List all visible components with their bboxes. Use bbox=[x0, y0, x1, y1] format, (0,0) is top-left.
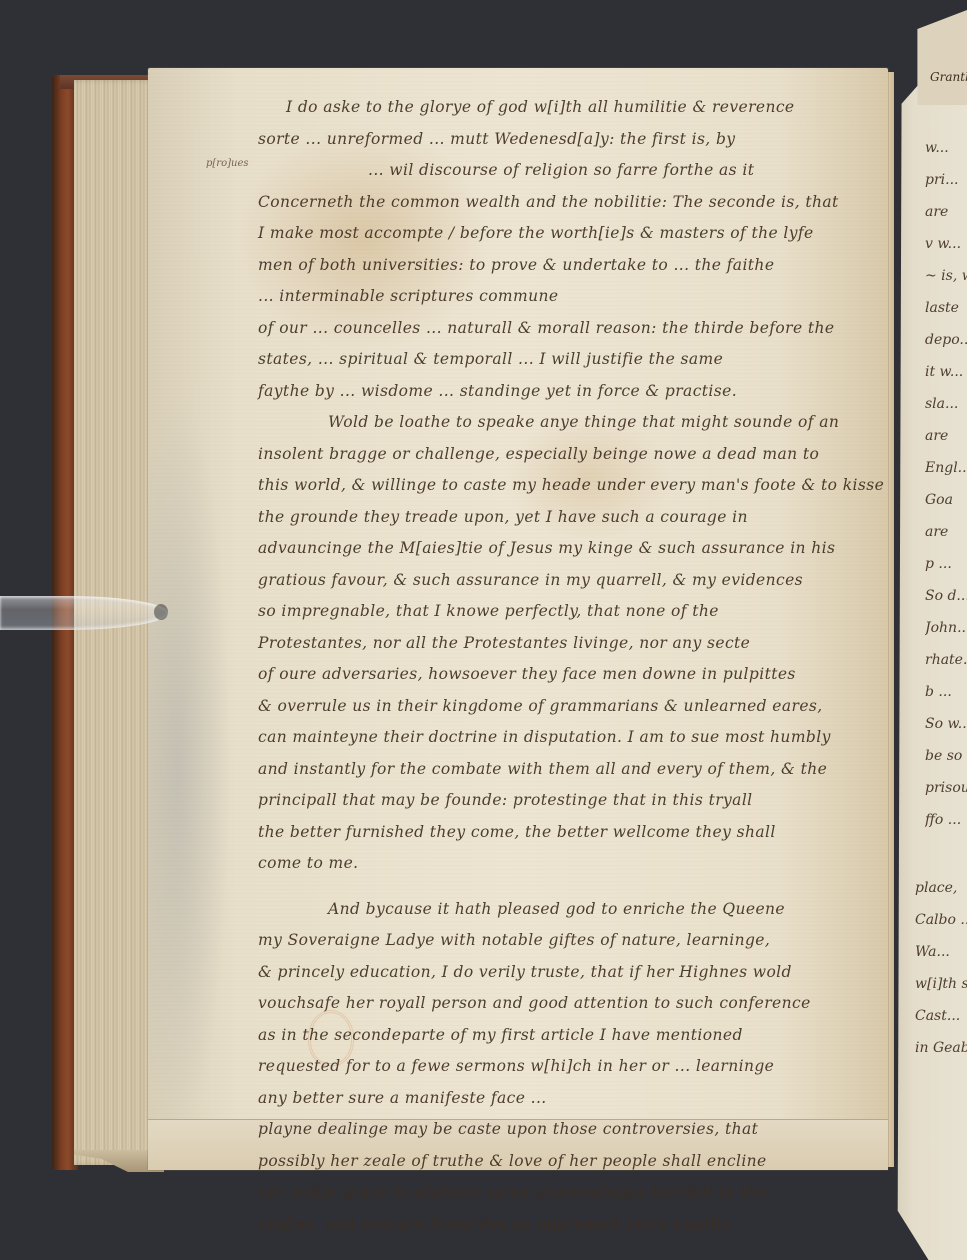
text-line: as in the secondeparte of my first artic… bbox=[258, 1026, 858, 1058]
text-fragment: Goa bbox=[925, 492, 967, 524]
text-fragment: depo... bbox=[925, 332, 967, 364]
text-fragment: So d... bbox=[925, 588, 967, 620]
manuscript-scene: p[ro]ues I do aske to the glorye of god … bbox=[0, 0, 967, 1260]
text-fragment: v w... bbox=[925, 236, 967, 268]
text-line: possibly her zeale of truthe & love of h… bbox=[258, 1152, 858, 1184]
facing-page-text-lower: place, Calbo ... Wa... w[i]th sou... Cas… bbox=[915, 880, 967, 1072]
text-fragment: b ... bbox=[925, 684, 967, 716]
text-line: this world, & willinge to caste my heade… bbox=[258, 476, 858, 508]
text-line: Protestantes, nor all the Protestantes l… bbox=[258, 634, 858, 666]
text-line: her noble grace to disfavor some proceed… bbox=[258, 1183, 858, 1215]
manuscript-text: I do aske to the glorye of god w[i]th al… bbox=[258, 98, 858, 1246]
text-line: of our ... councelles ... naturall & mor… bbox=[258, 319, 858, 351]
text-fragment: are bbox=[925, 524, 967, 556]
text-fragment: Engl... bbox=[925, 460, 967, 492]
text-line: & overrule us in their kingdome of gramm… bbox=[258, 697, 858, 729]
text-line: of oure adversaries, howsoever they face… bbox=[258, 665, 858, 697]
text-line: my Soveraigne Ladye with notable giftes … bbox=[258, 931, 858, 963]
text-line: ... interminable scriptures commune bbox=[258, 287, 858, 319]
text-line: playne dealinge may be caste upon those … bbox=[258, 1120, 858, 1152]
text-line: so impregnable, that I knowe perfectly, … bbox=[258, 602, 858, 634]
text-fragment: laste bbox=[925, 300, 967, 332]
text-line: Concerneth the common wealth and the nob… bbox=[258, 193, 858, 225]
text-line: ... wil discourse of religion so farre f… bbox=[258, 161, 858, 193]
text-fragment: So w... bbox=[925, 716, 967, 748]
text-fragment: Cast... bbox=[915, 1008, 967, 1040]
text-fragment: ffo ... bbox=[925, 812, 967, 844]
text-line: gratious favour, & such assurance in my … bbox=[258, 571, 858, 603]
text-fragment: place, bbox=[915, 880, 967, 912]
text-fragment: it w... bbox=[925, 364, 967, 396]
text-line: the better furnished they come, the bett… bbox=[258, 823, 858, 855]
text-fragment: sla... bbox=[925, 396, 967, 428]
text-line: can mainteyne their doctrine in disputat… bbox=[258, 728, 858, 760]
text-line: vouchsafe her royall person and good att… bbox=[258, 994, 858, 1026]
text-line: Wold be loathe to speake anye thinge tha… bbox=[258, 413, 858, 445]
text-line: advauncinge the M[aies]tie of Jesus my k… bbox=[258, 539, 858, 571]
text-fragment: w... bbox=[925, 140, 967, 172]
text-line: insolent bragge or challenge, especially… bbox=[258, 445, 858, 477]
text-fragment: be so bbox=[925, 748, 967, 780]
text-line: realme, and procure towardes us oppresse… bbox=[258, 1215, 858, 1247]
text-fragment: are bbox=[925, 428, 967, 460]
text-line: I make most accompte / before the worth[… bbox=[258, 224, 858, 256]
text-line: I do aske to the glorye of god w[i]th al… bbox=[258, 98, 858, 130]
text-fragment: are bbox=[925, 204, 967, 236]
text-line: men of both universities: to prove & und… bbox=[258, 256, 858, 288]
text-fragment: Wa... bbox=[915, 944, 967, 976]
text-line: the grounde they treade upon, yet I have… bbox=[258, 508, 858, 540]
text-line: requested for to a fewe sermons w[hi]ch … bbox=[258, 1057, 858, 1089]
text-line: sorte ... unreformed ... mutt Wedenesd[a… bbox=[258, 130, 858, 162]
text-line: and instantly for the combate with them … bbox=[258, 760, 858, 792]
text-fragment: John... bbox=[925, 620, 967, 652]
text-fragment: prisou... bbox=[925, 780, 967, 812]
text-line: any better sure a manifeste face ... bbox=[258, 1089, 858, 1121]
text-fragment: Calbo ... bbox=[915, 912, 967, 944]
text-line: come to me. bbox=[258, 854, 858, 886]
text-fragment: p ... bbox=[925, 556, 967, 588]
text-line: states, ... spiritual & temporall ... I … bbox=[258, 350, 858, 382]
margin-note: p[ro]ues bbox=[206, 158, 249, 169]
text-fragment: w[i]th sou... bbox=[915, 976, 967, 1008]
text-line: & princely education, I do verily truste… bbox=[258, 963, 858, 995]
text-fragment: in Geab... bbox=[915, 1040, 967, 1072]
text-fragment: rhate... bbox=[925, 652, 967, 684]
text-line: And bycause it hath pleased god to enric… bbox=[258, 900, 858, 932]
text-line: faythe by ... wisdome ... standinge yet … bbox=[258, 382, 858, 414]
pointer-tip bbox=[154, 604, 168, 620]
facing-page-text: w... pri... are v w... ~ is, w... laste … bbox=[925, 140, 967, 844]
text-fragment: ~ is, w... bbox=[925, 268, 967, 300]
text-fragment: pri... bbox=[925, 172, 967, 204]
facing-page-header: Grantha... bbox=[930, 70, 967, 84]
text-line: principall that may be founde: protestin… bbox=[258, 791, 858, 823]
